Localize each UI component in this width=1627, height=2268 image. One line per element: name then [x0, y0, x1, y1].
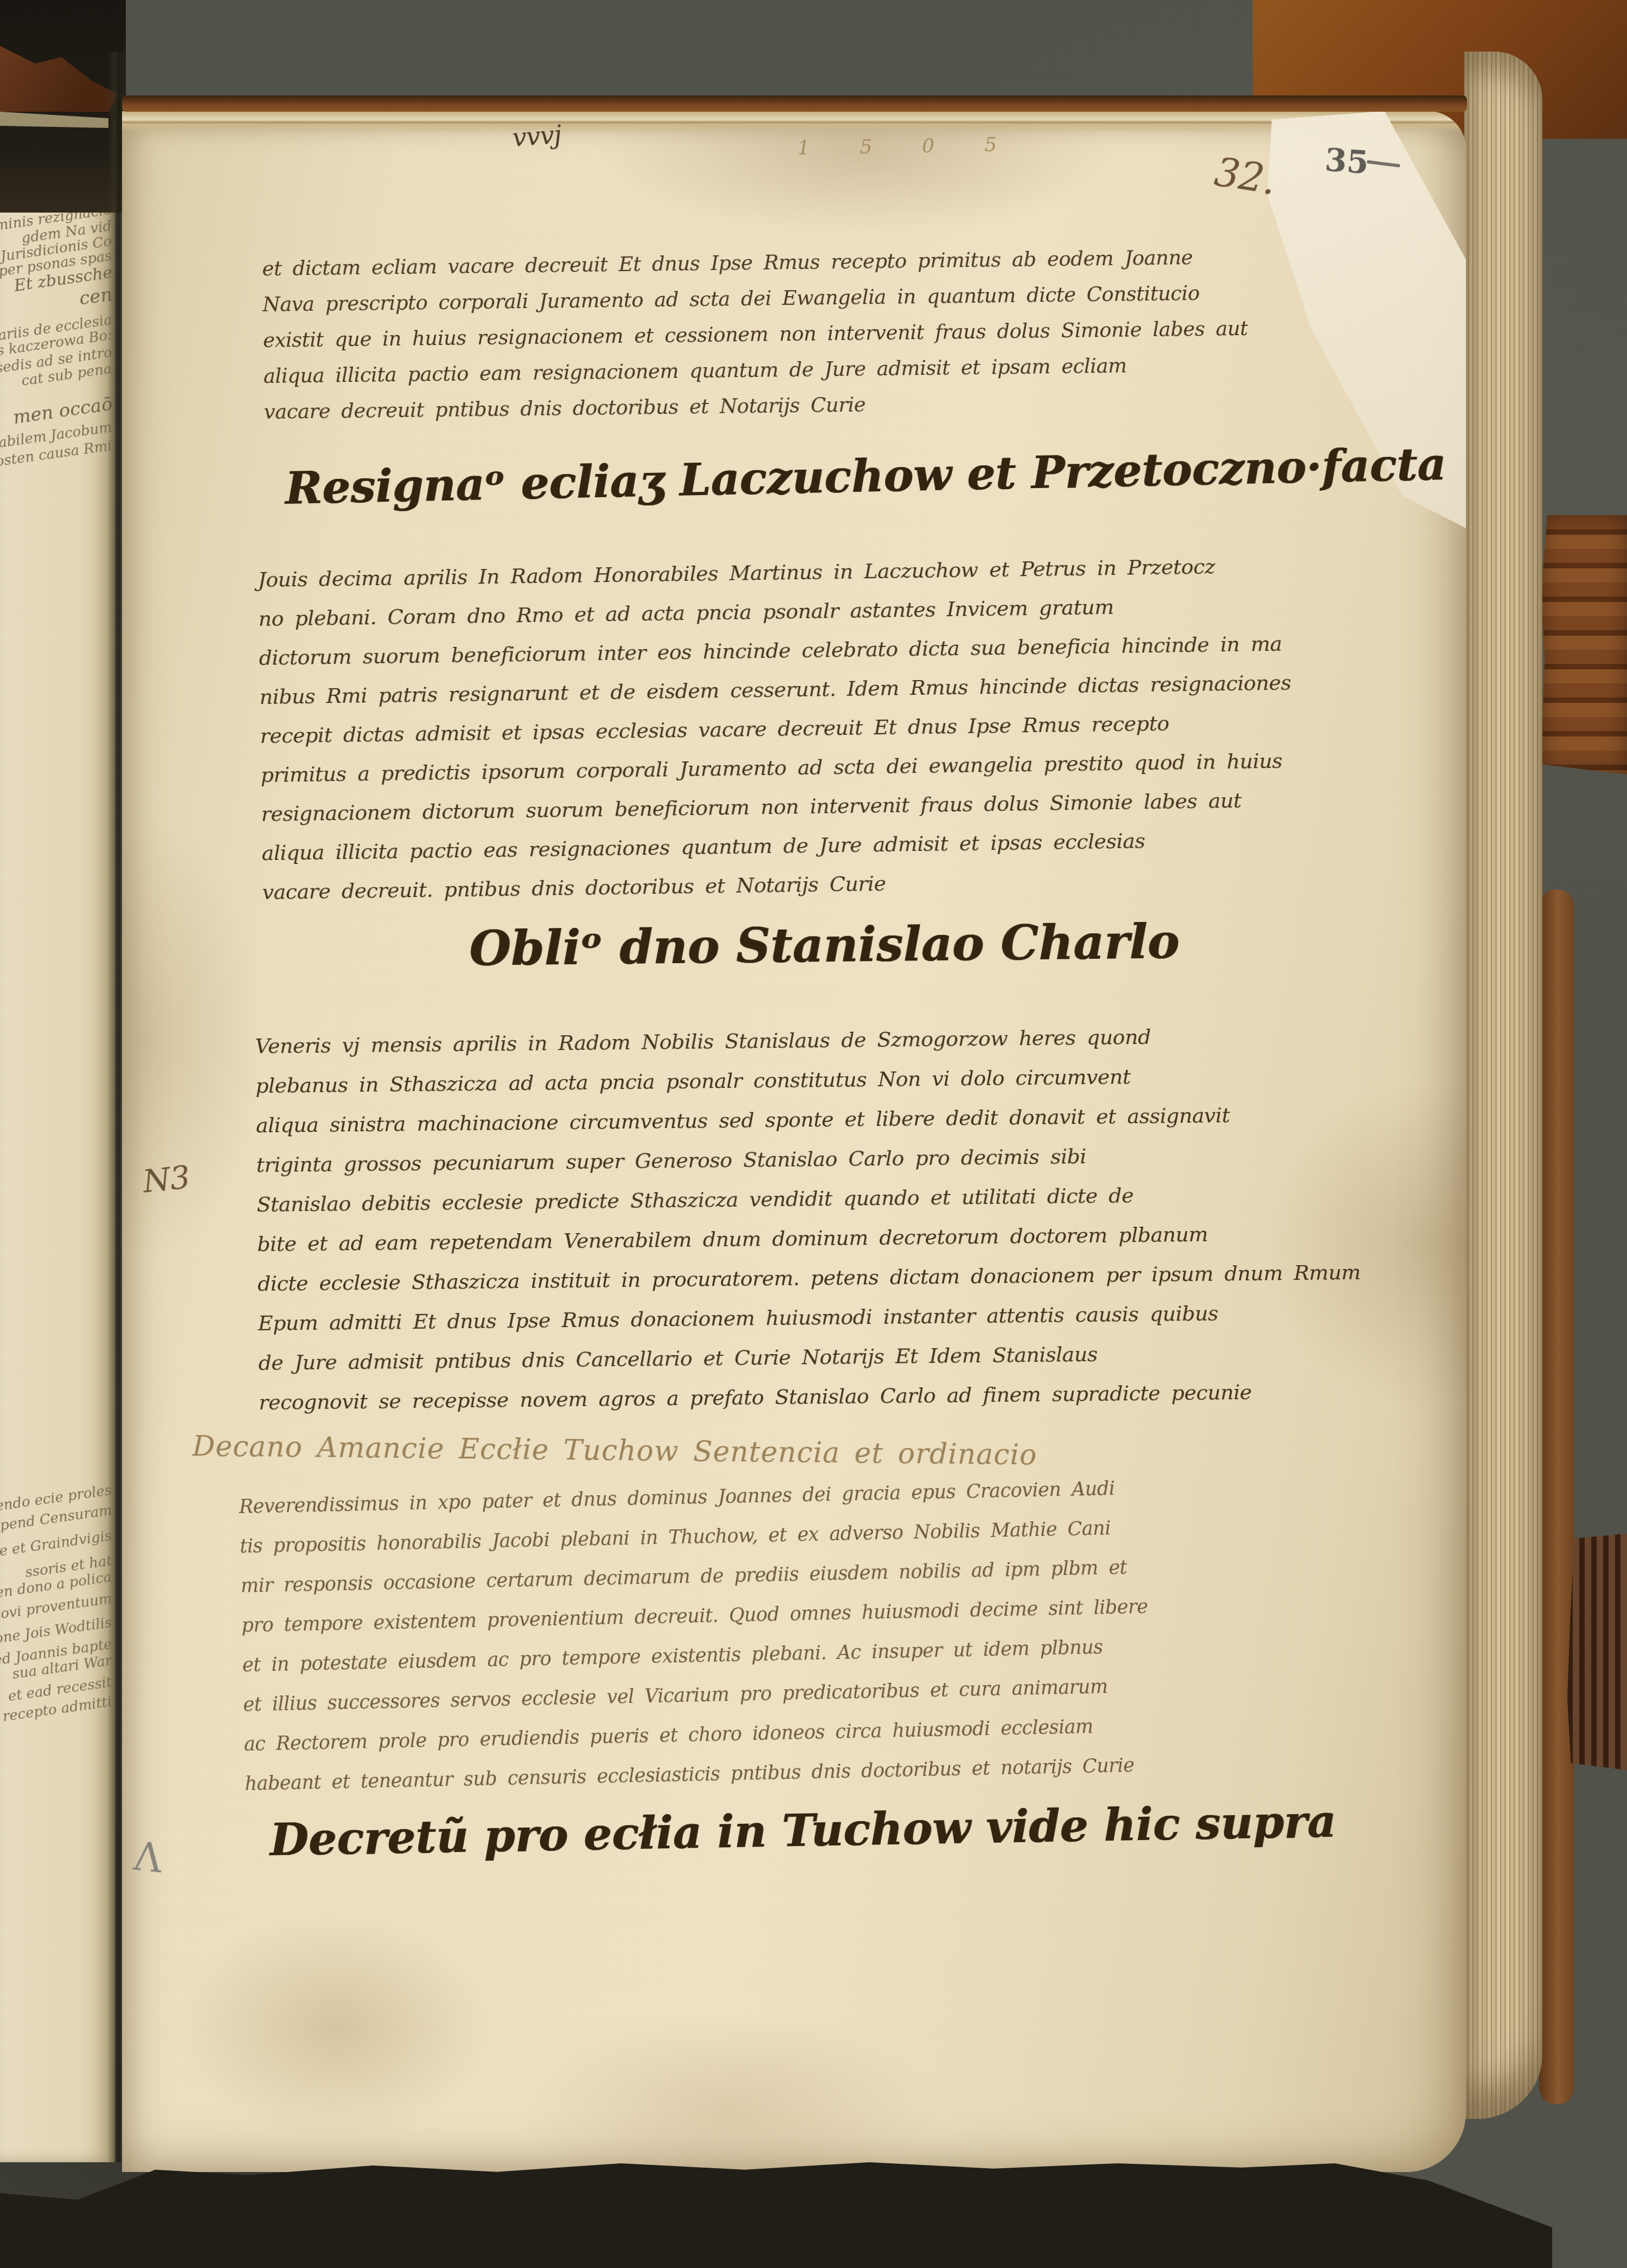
- paragraph-3: Veneris vj mensis aprilis in Radom Nobil…: [255, 1014, 1452, 1423]
- facing-page-strip: sed Casibus in tis dominis rezignacio gd…: [0, 52, 115, 2162]
- manuscript-page: vvvj 1505 32. 35 et dictam ecliam vacare…: [122, 111, 1466, 2172]
- pencil-caret-mark: Λ: [132, 1834, 164, 1882]
- year-mark: 1505: [797, 133, 1047, 159]
- heading-decretum: Decretũ pro ecłia in Tuchow vide hic sup…: [270, 1796, 1337, 1866]
- paragraph-4: Reverendissimus in xpo pater et dnus dom…: [239, 1463, 1400, 1804]
- paragraph-1: et dictam ecliam vacare decreuit Et dnus…: [262, 236, 1441, 430]
- page-block-fore-edge: [1464, 52, 1542, 2119]
- cover-right-edge: [1539, 889, 1574, 2104]
- margin-note: N3: [141, 1158, 191, 1200]
- book-bottom-shadow: [0, 2161, 1552, 2268]
- photograph-backdrop: { "palette": { "backdrop": "#51524a", "p…: [0, 0, 1627, 2268]
- added-rubric-line: Decano Amancie Eccłie Tuchow Sentencia e…: [192, 1430, 1037, 1471]
- leather-clasp-lower: [1567, 1534, 1627, 1770]
- heading-obligatio: Obliᵒ dno Stanislao Charlo: [469, 913, 1180, 977]
- heading-resignatio: Resignaᵒ ecliaʒ Laczuchow et Przetoczno·…: [285, 438, 1447, 515]
- leather-clasp-upper: [1541, 515, 1627, 774]
- folio-number-pencil: 35: [1324, 141, 1370, 181]
- quire-mark: vvvj: [511, 120, 562, 152]
- folio-number-ink: 32.: [1212, 149, 1279, 204]
- page-top-crease: [122, 111, 1466, 133]
- paragraph-2: Jouis decima aprilis In Radom Honorabile…: [258, 544, 1445, 912]
- cover-top-edge: [122, 95, 1467, 112]
